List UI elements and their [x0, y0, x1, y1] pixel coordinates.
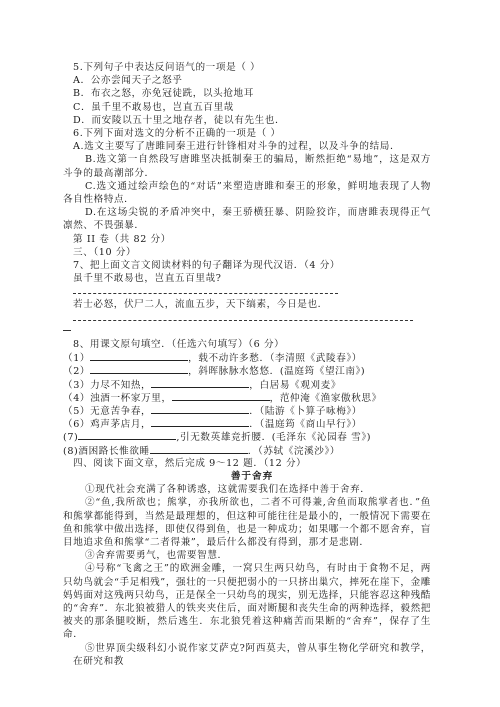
- q8-item-7-suffix: ,引无数英雄竞折腰．(毛泽东《沁园春 雪》): [176, 432, 371, 443]
- q8-item-3-suffix: ，白居易《观刈麦》: [249, 380, 341, 391]
- q8-item-3-prefix: （3）力尽不知热，: [63, 380, 151, 391]
- q8-item-8: (8)酒困路长惟欲睡．（苏轼《浣溪沙》）: [63, 444, 431, 457]
- q6-option-d: D.在这场尖锐的矛盾冲突中，秦王骄横狂暴、阴险狡诈，而唐雎表现得正气凛然、不畏强…: [63, 206, 431, 232]
- q7-stem: 7、把上面文言文阅读材料的句子翻译为现代汉语．（4 分）: [73, 259, 431, 272]
- q8-item-4-suffix: ，范仲淹《渔家傲秋思》: [270, 393, 382, 404]
- article-paragraph-1: ①现代社会充满了各种诱惑，这就需要我们在选择中善于舍弃．: [73, 483, 431, 496]
- article-paragraph-4: ④号称“飞禽之王”的欧洲金雕，一窝只生两只幼鸟，有时由于食物不足，两只幼鸟就会“…: [63, 562, 431, 641]
- q8-item-7: (7),引无数英雄竞折腰．(毛泽东《沁园春 雪》): [63, 430, 431, 443]
- q8-item-1-prefix: （1）: [63, 353, 90, 364]
- q8-item-6-blank[interactable]: [151, 417, 249, 427]
- q8-stem: 8、用课文原句填空．（任选六句填写）（6 分）: [73, 338, 431, 351]
- q8-item-7-blank[interactable]: [78, 430, 176, 440]
- exam-content: 5.下列句子中表达反问语气的一项是（ ） A．公亦尝闻天子之怒乎 B．布衣之怒，…: [73, 61, 431, 668]
- q5-option-c: C．虽千里不敢易也，岂直五百里哉: [73, 101, 431, 114]
- q8-item-1-suffix: ，载不动许多愁．（李清照《武陵春》）: [188, 353, 362, 364]
- q7-answer-line-2-wrap: [73, 325, 431, 338]
- q8-item-8-prefix: (8)酒困路长惟欲睡: [63, 446, 150, 457]
- q8-item-4: （4）浊酒一杯家万里，，范仲淹《渔家傲秋思》: [63, 391, 431, 404]
- q8-item-5-prefix: （5）无意苦争春，: [63, 406, 151, 417]
- article-title: 善于舍弃: [73, 470, 431, 483]
- q8-item-3: （3）力尽不知热，，白居易《观刈麦》: [63, 378, 431, 391]
- q8-item-1-blank[interactable]: [90, 351, 188, 361]
- q8-item-2: （2），斜晖脉脉水悠悠．(温庭筠《望江南》): [63, 364, 431, 377]
- part3-header: 三、（10 分）: [73, 246, 431, 259]
- q7-answer-line-1[interactable]: [73, 285, 431, 298]
- section2-header: 第 II 卷（共 82 分）: [73, 233, 431, 246]
- q8-item-6: （6）鸡声茅店月，．（温庭筠《商山早行》）: [63, 417, 431, 430]
- q7-answer-line-2[interactable]: [73, 312, 431, 325]
- q8-item-3-blank[interactable]: [151, 378, 249, 388]
- q6-option-a: A.选文主要写了唐雎同秦王进行针锋相对斗争的过程，以及斗争的结局．: [73, 140, 431, 153]
- q8-item-2-prefix: （2）: [63, 366, 90, 377]
- q8-item-5-blank[interactable]: [151, 404, 249, 414]
- q5-stem: 5.下列句子中表达反问语气的一项是（ ）: [73, 61, 431, 74]
- q7-sentence-2: 若士必怒，伏尸二人，流血五步，天下缟素，今日是也．: [73, 298, 431, 311]
- q6-option-b: B.选文第一自然段写唐雎坚决抵制秦王的骗局，断然拒绝“易地”，这是双方斗争的最高…: [63, 153, 431, 179]
- q8-item-5-suffix: ．（陆游《卜算子咏梅》）: [249, 406, 362, 417]
- article-paragraph-3: ③舍弃需要勇气，也需要智慧．: [73, 549, 431, 562]
- q8-item-6-suffix: ．（温庭筠《商山早行》）: [249, 419, 362, 430]
- q8-item-1: （1），载不动许多愁．（李清照《武陵春》）: [63, 351, 431, 364]
- article-paragraph-2: ②“鱼,我所欲也；熊掌，亦我所欲也，二者不可得兼,舍鱼而取熊掌者也．”鱼和熊掌都…: [63, 496, 431, 549]
- exam-page: 5.下列句子中表达反问语气的一项是（ ） A．公亦尝闻天子之怒乎 B．布衣之怒，…: [0, 0, 500, 707]
- q8-item-8-blank[interactable]: [150, 444, 248, 454]
- part4-header: 四、阅读下面文章，然后完成 9～12 题．（12 分）: [73, 457, 431, 470]
- q5-option-d: D．而安陵以五十里之地存者，徒以有先生也．: [73, 114, 431, 127]
- q8-item-5: （5）无意苦争春，．（陆游《卜算子咏梅》）: [63, 404, 431, 417]
- q8-item-7-prefix: (7): [63, 432, 78, 443]
- q5-option-a: A．公亦尝闻天子之怒乎: [73, 74, 431, 87]
- q5-option-b: B．布衣之怒，亦免冠徒跣，以头抢地耳: [73, 87, 431, 100]
- q6-stem: 6.下列下面对选文的分析不正确的一项是（ ）: [73, 127, 431, 140]
- article-paragraph-5: ⑤世界顶尖级科幻小说作家艾萨克?阿西莫夫，曾从事生物化学研究和教学，在研究和教: [73, 642, 431, 668]
- q6-option-c: C.选文通过绘声绘色的“对话”来塑造唐雎和秦王的形象，鲜明地表现了人物各自性格特…: [63, 180, 431, 206]
- q8-item-4-blank[interactable]: [172, 391, 270, 401]
- q8-item-2-suffix: ，斜晖脉脉水悠悠．(温庭筠《望江南》): [188, 366, 365, 377]
- q8-item-6-prefix: （6）鸡声茅店月，: [63, 419, 151, 430]
- q7-sentence-1: 虽千里不敢易也，岂直五百里哉?: [73, 272, 431, 285]
- q8-item-8-suffix: ．（苏轼《浣溪沙》）: [248, 446, 340, 457]
- q8-item-2-blank[interactable]: [90, 364, 188, 374]
- q8-item-4-prefix: （4）浊酒一杯家万里，: [63, 393, 172, 404]
